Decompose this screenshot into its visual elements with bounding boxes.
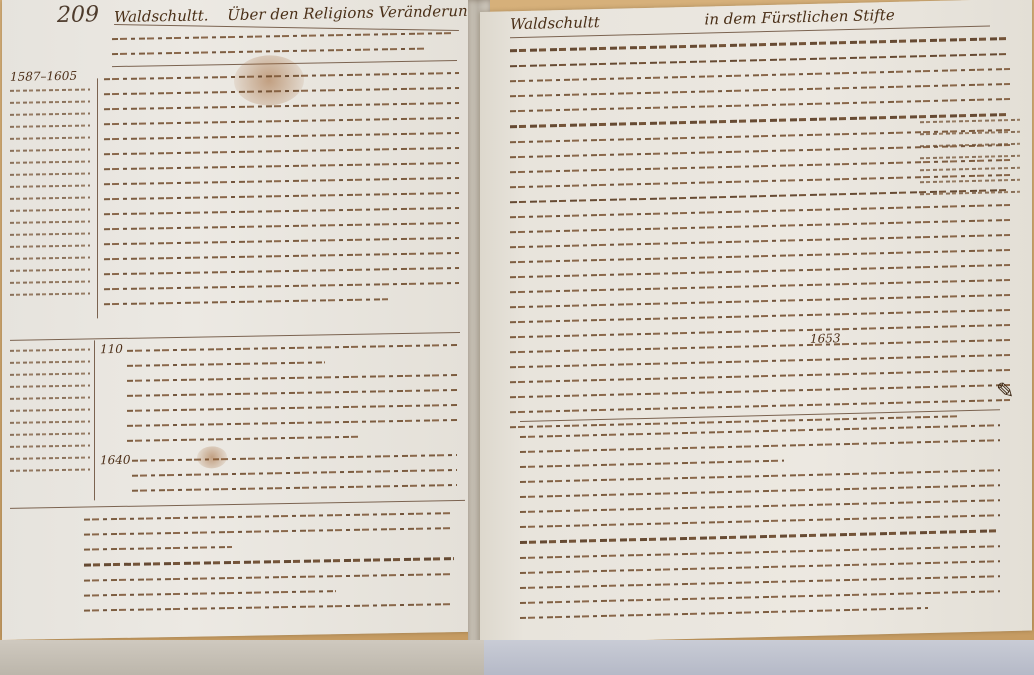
margin-divider-upper <box>97 78 98 318</box>
section-number: 110 <box>100 342 123 356</box>
date-fragment: 1653 <box>810 331 841 346</box>
heading-continuation: Über den Religions Veränderungen <box>227 1 477 24</box>
main-entry-text <box>510 37 1010 441</box>
page-number: 209 <box>57 2 99 28</box>
upper-entry-text <box>104 72 459 318</box>
heading-continuation: in dem Fürstlichen Stifte <box>705 6 895 29</box>
margin-notes-middle <box>10 348 90 481</box>
lower-entry-text <box>84 512 454 624</box>
section-rule-1 <box>10 332 460 341</box>
margin-date: 1587–1605 <box>10 69 77 84</box>
margin-divider-middle <box>94 340 95 500</box>
ink-flourish: ✎ <box>996 379 1014 404</box>
left-page-heading: Waldschultt. Über den Religions Veränder… <box>114 1 477 26</box>
lower-entry-text <box>520 424 1000 631</box>
middle-entry-text <box>127 344 457 455</box>
heading-title: Waldschultt <box>510 13 600 33</box>
page-edges-right <box>484 640 1034 675</box>
heading-title: Waldschultt. <box>114 6 209 26</box>
left-page: 209 Waldschultt. Über den Religions Verä… <box>2 0 477 640</box>
middle-entry-text-2 <box>132 454 457 505</box>
heading-rule <box>114 24 459 31</box>
date-fragment: 1640 <box>100 453 131 468</box>
right-page: Waldschultt in dem Fürstlichen Stifte 16… <box>480 0 1032 644</box>
margin-notes-upper <box>10 88 90 305</box>
margin-notes-right <box>920 119 1020 205</box>
